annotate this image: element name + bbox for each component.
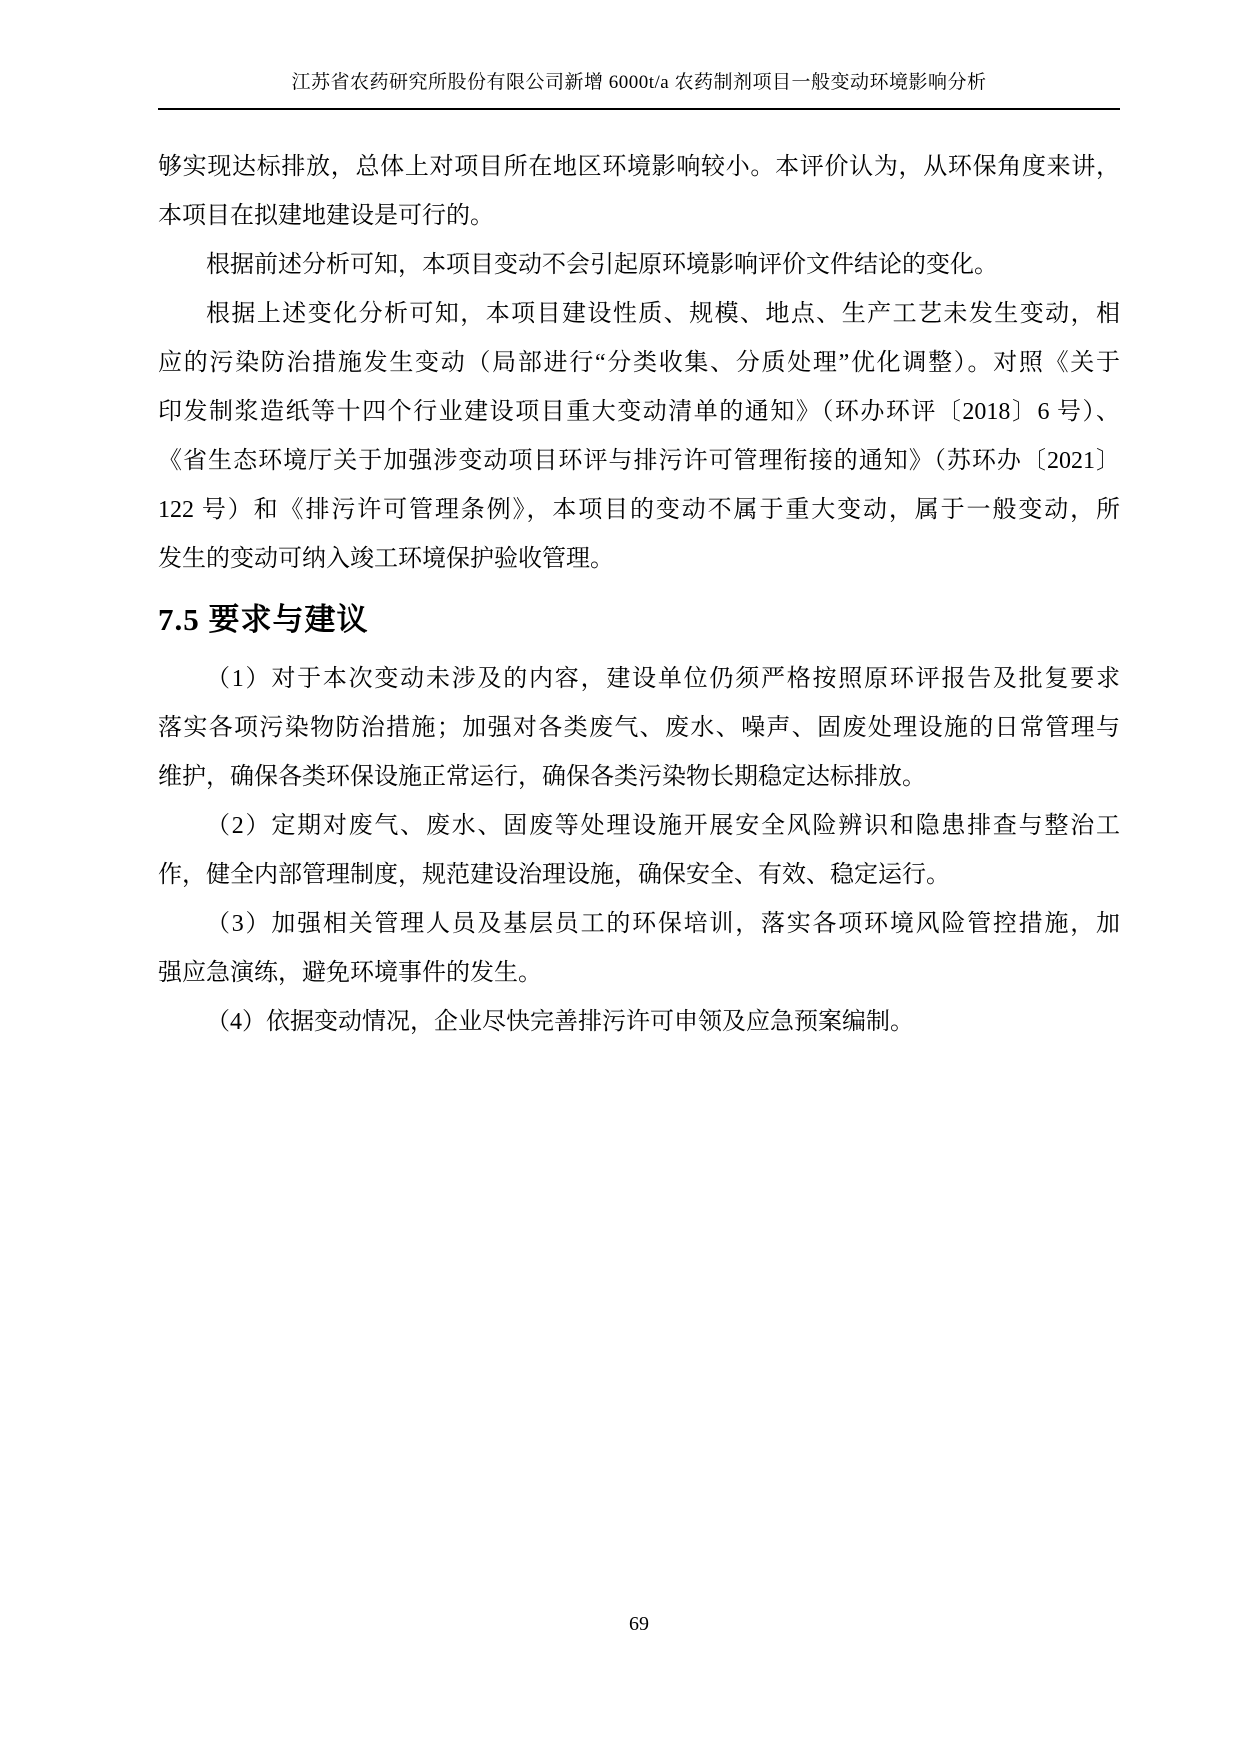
page-number: 69 <box>629 1613 649 1635</box>
paragraph: （1）对于本次变动未涉及的内容，建设单位仍须严格按照原环评报告及批复要求落实各项… <box>158 655 1120 802</box>
document-page: 江苏省农药研究所股份有限公司新增 6000t/a 农药制剂项目一般变动环境影响分… <box>0 0 1241 1755</box>
text-line: 应的污染防治措施发生变动（局部进行“分类收集、分质处理”优化调整）。对照《关于 <box>158 339 1120 388</box>
text-line: 强应急演练，避免环境事件的发生。 <box>158 949 1120 998</box>
text-line: （4）依据变动情况，企业尽快完善排污许可申领及应急预案编制。 <box>158 998 1120 1047</box>
paragraph: 根据前述分析可知，本项目变动不会引起原环境影响评价文件结论的变化。 <box>158 241 1120 290</box>
paragraph: （3）加强相关管理人员及基层员工的环保培训，落实各项环境风险管控措施，加强应急演… <box>158 900 1120 998</box>
text-line: 落实各项污染物防治措施；加强对各类废气、废水、噪声、固废处理设施的日常管理与 <box>158 704 1120 753</box>
text-line: （2）定期对废气、废水、固废等处理设施开展安全风险辨识和隐患排查与整治工 <box>158 802 1120 851</box>
page-footer: 69 <box>158 1610 1120 1638</box>
document-body: 够实现达标排放，总体上对项目所在地区环境影响较小。本评价认为，从环保角度来讲，本… <box>158 143 1120 1047</box>
text-line: 根据上述变化分析可知，本项目建设性质、规模、地点、生产工艺未发生变动，相 <box>158 290 1120 339</box>
header-title: 江苏省农药研究所股份有限公司新增 6000t/a 农药制剂项目一般变动环境影响分… <box>158 70 1120 96</box>
text-line: （1）对于本次变动未涉及的内容，建设单位仍须严格按照原环评报告及批复要求 <box>158 655 1120 704</box>
text-line: 根据前述分析可知，本项目变动不会引起原环境影响评价文件结论的变化。 <box>158 241 1120 290</box>
text-line: （3）加强相关管理人员及基层员工的环保培训，落实各项环境风险管控措施，加 <box>158 900 1120 949</box>
intro-section: 够实现达标排放，总体上对项目所在地区环境影响较小。本评价认为，从环保角度来讲，本… <box>158 143 1120 584</box>
paragraph: （2）定期对废气、废水、固废等处理设施开展安全风险辨识和隐患排查与整治工作，健全… <box>158 802 1120 900</box>
paragraph: 根据上述变化分析可知，本项目建设性质、规模、地点、生产工艺未发生变动，相应的污染… <box>158 290 1120 584</box>
paragraph: （4）依据变动情况，企业尽快完善排污许可申领及应急预案编制。 <box>158 998 1120 1047</box>
recommendations-section: （1）对于本次变动未涉及的内容，建设单位仍须严格按照原环评报告及批复要求落实各项… <box>158 655 1120 1047</box>
text-line: 作，健全内部管理制度，规范建设治理设施，确保安全、有效、稳定运行。 <box>158 851 1120 900</box>
text-line: 122 号）和《排污许可管理条例》，本项目的变动不属于重大变动，属于一般变动，所 <box>158 486 1120 535</box>
text-line: 够实现达标排放，总体上对项目所在地区环境影响较小。本评价认为，从环保角度来讲， <box>158 143 1120 192</box>
text-line: 维护，确保各类环保设施正常运行，确保各类污染物长期稳定达标排放。 <box>158 753 1120 802</box>
paragraph: 够实现达标排放，总体上对项目所在地区环境影响较小。本评价认为，从环保角度来讲，本… <box>158 143 1120 241</box>
section-heading: 7.5 要求与建议 <box>158 598 1120 642</box>
text-line: 《省生态环境厅关于加强涉变动项目环评与排污许可管理衔接的通知》（苏环办〔2021… <box>158 437 1120 486</box>
text-line: 印发制浆造纸等十四个行业建设项目重大变动清单的通知》（环办环评〔2018〕6 号… <box>158 388 1120 437</box>
text-line: 本项目在拟建地建设是可行的。 <box>158 192 1120 241</box>
page-header: 江苏省农药研究所股份有限公司新增 6000t/a 农药制剂项目一般变动环境影响分… <box>158 70 1120 110</box>
text-line: 发生的变动可纳入竣工环境保护验收管理。 <box>158 535 1120 584</box>
